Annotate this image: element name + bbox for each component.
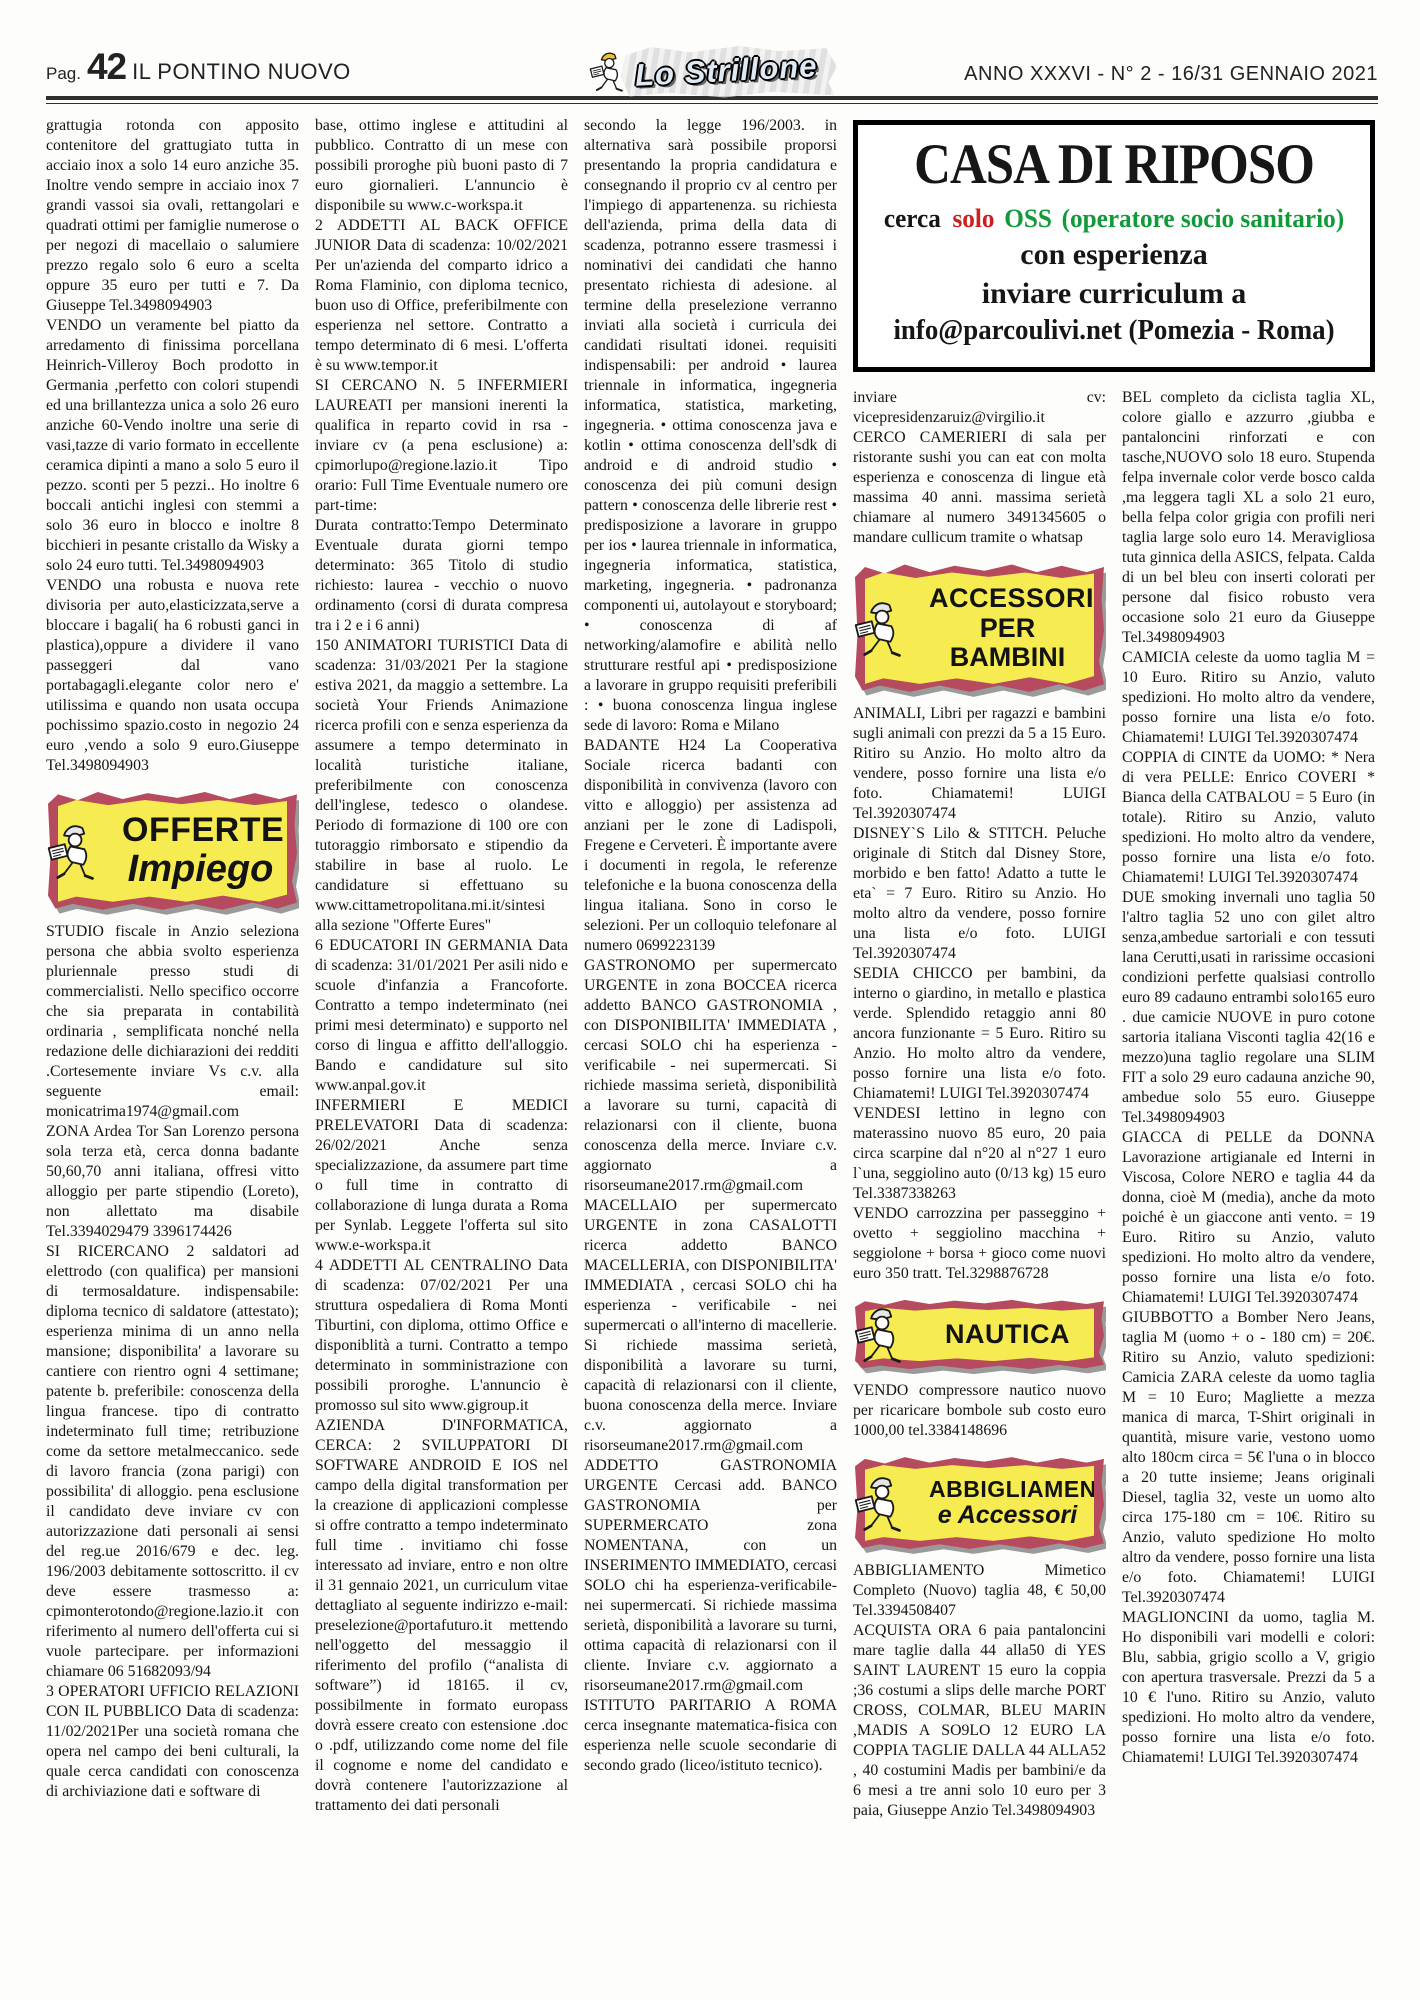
classified-ad: CERCO CAMERIERI di sala per ristorante s… [853, 428, 1106, 548]
ad-word-solo: solo [952, 204, 994, 233]
ad-word-oss: OSS [1004, 204, 1052, 233]
newsboy-icon [853, 596, 915, 660]
classified-ad: 3 OPERATORI UFFICIO RELAZIONI CON IL PUB… [46, 1682, 299, 1802]
classified-ad: 2 ADDETTI AL BACK OFFICE JUNIOR Data di … [315, 216, 568, 376]
columns-container: grattugia rotonda con apposito contenito… [46, 116, 1378, 1978]
banner-title: OFFERTE [122, 812, 279, 849]
classified-ad: VENDESI lettino in legno con materassino… [853, 1104, 1106, 1204]
right-section: CASA DI RIPOSO cercasoloOSS(operatore so… [853, 116, 1375, 1978]
classified-ad: ACQUISTA ORA 6 paia pantaloncini mare ta… [853, 1621, 1106, 1821]
newsboy-icon [46, 819, 108, 883]
banner-title: ACCESSORI [929, 584, 1086, 613]
ad-line-curriculum: inviare curriculum a [864, 274, 1364, 313]
classified-ad: inviare cv: vicepresidenzaruiz@virgilio.… [853, 388, 1106, 428]
classified-ad: MACELLAIO per supermercato URGENTE in zo… [584, 1196, 837, 1456]
ad-title: CASA DI RIPOSO [864, 136, 1364, 196]
classified-ad: ZONA Ardea Tor San Lorenzo persona sola … [46, 1122, 299, 1242]
page-label: Pag. [46, 64, 81, 84]
column-3: secondo la legge 196/2003. in alternativ… [584, 116, 837, 1978]
classified-ad: CAMICIA celeste da uomo taglia M = 10 Eu… [1122, 648, 1375, 748]
classified-ad: MAGLIONCINI da uomo, taglia M. Ho dispon… [1122, 1608, 1375, 1768]
classified-ad: Durata contratto:Tempo Determinato Event… [315, 516, 568, 636]
classified-ad: DUE smoking invernali uno taglia 50 l'al… [1122, 888, 1375, 1128]
header-left: Pag. 42 IL PONTINO NUOVO [46, 46, 351, 88]
classified-ad: VENDO compressore nautico nuovo per rica… [853, 1381, 1106, 1441]
section-banner-offerte-impiego: OFFERTE Impiego [48, 792, 297, 910]
classified-ad: AZIENDA D'INFORMATICA, CERCA: 2 SVILUPPA… [315, 1416, 568, 1816]
classified-ad: GIACCA di PELLE da DONNA Lavorazione art… [1122, 1128, 1375, 1308]
newsboy-icon [853, 1302, 915, 1366]
classified-ad: SEDIA CHICCO per bambini, da interno o g… [853, 964, 1106, 1104]
column-5: BEL completo da ciclista taglia XL, colo… [1122, 388, 1375, 1953]
classified-ad: SI RICERCANO 2 saldatori ad elettrodo (c… [46, 1242, 299, 1682]
classified-ad: INFERMIERI E MEDICI PRELEVATORI Data di … [315, 1096, 568, 1256]
classified-ad: SI CERCANO N. 5 INFERMIERI LAUREATI per … [315, 376, 568, 516]
issue-info: ANNO XXXVI - N° 2 - 16/31 GENNAIO 2021 [964, 63, 1378, 86]
section-banner-accessori-per-bambini: ACCESSORI PER BAMBINI [855, 564, 1104, 691]
classified-ad: GASTRONOMO per supermercato URGENTE in z… [584, 956, 837, 1196]
masthead-logo: Lo Strillone [587, 40, 837, 102]
ad-line-esperienza: con esperienza [864, 235, 1364, 274]
ad-subtitle: cercasoloOSS(operatore socio sanitario) [872, 203, 1357, 236]
classified-ad: ISTITUTO PARITARIO A ROMA cerca insegnan… [584, 1696, 837, 1776]
column-1: grattugia rotonda con apposito contenito… [46, 116, 299, 1978]
classified-ad: STUDIO fiscale in Anzio seleziona person… [46, 922, 299, 1122]
classified-ad: ADDETTO GASTRONOMIA URGENTE Cercasi add.… [584, 1456, 837, 1696]
newspaper-page: Pag. 42 IL PONTINO NUOVO Lo St [0, 0, 1420, 2000]
classified-ad: BADANTE H24 La Cooperativa Sociale ricer… [584, 736, 837, 956]
banner-subtitle: e Accessori [929, 1502, 1086, 1529]
classified-ad: GIUBBOTTO a Bomber Nero Jeans, taglia M … [1122, 1308, 1375, 1608]
classified-ad: base, ottimo inglese e attitudini al pub… [315, 116, 568, 216]
page-header: Pag. 42 IL PONTINO NUOVO Lo St [46, 40, 1378, 94]
column-2: base, ottimo inglese e attitudini al pub… [315, 116, 568, 1978]
ad-word-operatore: (operatore socio sanitario) [1062, 204, 1344, 233]
classified-ad: secondo la legge 196/2003. in alternativ… [584, 116, 837, 736]
classified-ad: ABBIGLIAMENTO Mimetico Completo (Nuovo) … [853, 1561, 1106, 1621]
section-banner-nautica: NAUTICA [855, 1300, 1104, 1369]
banner-subtitle: Impiego [122, 849, 279, 890]
ad-line-email: info@parcoulivi.net (Pomezia - Roma) [874, 313, 1354, 349]
right-columns: inviare cv: vicepresidenzaruiz@virgilio.… [853, 388, 1375, 1953]
classified-ad: 6 EDUCATORI IN GERMANIA Data di scadenza… [315, 936, 568, 1096]
banner-title: ABBIGLIAMENTO [929, 1477, 1086, 1502]
casa-di-riposo-ad: CASA DI RIPOSO cercasoloOSS(operatore so… [853, 120, 1375, 372]
banner-title: NAUTICA [929, 1320, 1086, 1349]
banner-subtitle: PER BAMBINI [929, 614, 1086, 672]
classified-ad: 150 ANIMATORI TURISTICI Data di scadenza… [315, 636, 568, 936]
classified-ad: grattugia rotonda con apposito contenito… [46, 116, 299, 316]
newsboy-icon [853, 1471, 915, 1535]
classified-ad: COPPIA di CINTE da UOMO: * Nera di vera … [1122, 748, 1375, 888]
classified-ad: ANIMALI, Libri per ragazzi e bambini sug… [853, 704, 1106, 824]
page-number: 42 [87, 46, 126, 88]
ad-word-cerca: cerca [884, 204, 941, 233]
classified-ad: DISNEY`S Lilo & STITCH. Peluche original… [853, 824, 1106, 964]
classified-ad: VENDO un veramente bel piatto da arredam… [46, 316, 299, 576]
paper-name: IL PONTINO NUOVO [132, 59, 351, 85]
classified-ad: BEL completo da ciclista taglia XL, colo… [1122, 388, 1375, 648]
section-banner-abbigliamento-e-accessori: ABBIGLIAMENTO e Accessori [855, 1457, 1104, 1549]
column-4: inviare cv: vicepresidenzaruiz@virgilio.… [853, 388, 1106, 1953]
classified-ad: 4 ADDETTI AL CENTRALINO Data di scadenza… [315, 1256, 568, 1416]
classified-ad: VENDO carrozzina per passeggino + ovetto… [853, 1204, 1106, 1284]
classified-ad: VENDO una robusta e nuova rete divisoria… [46, 576, 299, 776]
